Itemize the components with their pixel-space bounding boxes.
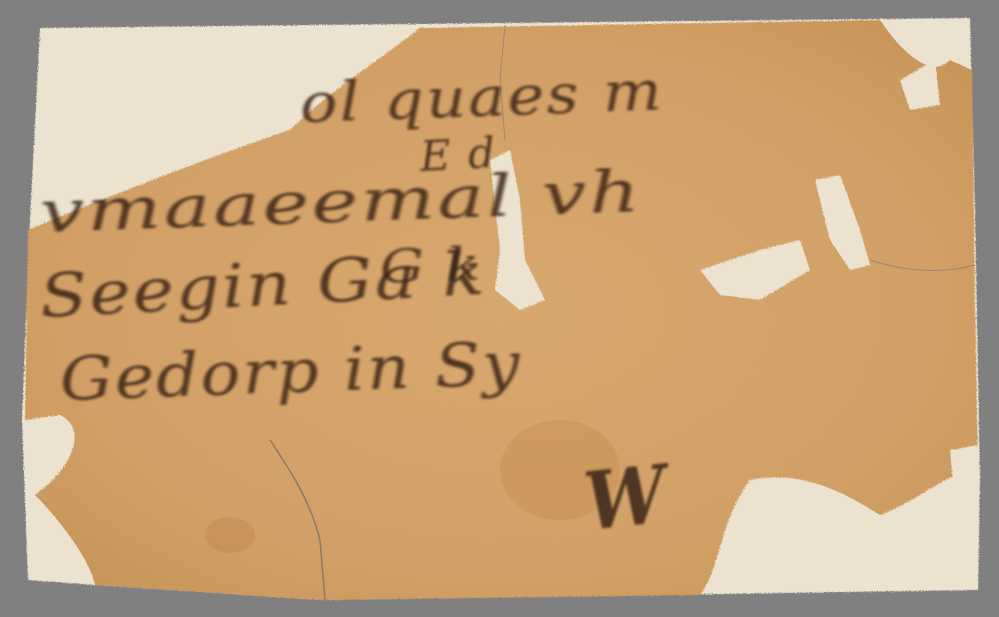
handwriting-signature: W — [580, 447, 672, 549]
handwriting-line-1: ol quaes m — [299, 59, 665, 135]
photograph: ol quaes m E d vmaaeemal vh G k Seegin G… — [0, 0, 999, 617]
